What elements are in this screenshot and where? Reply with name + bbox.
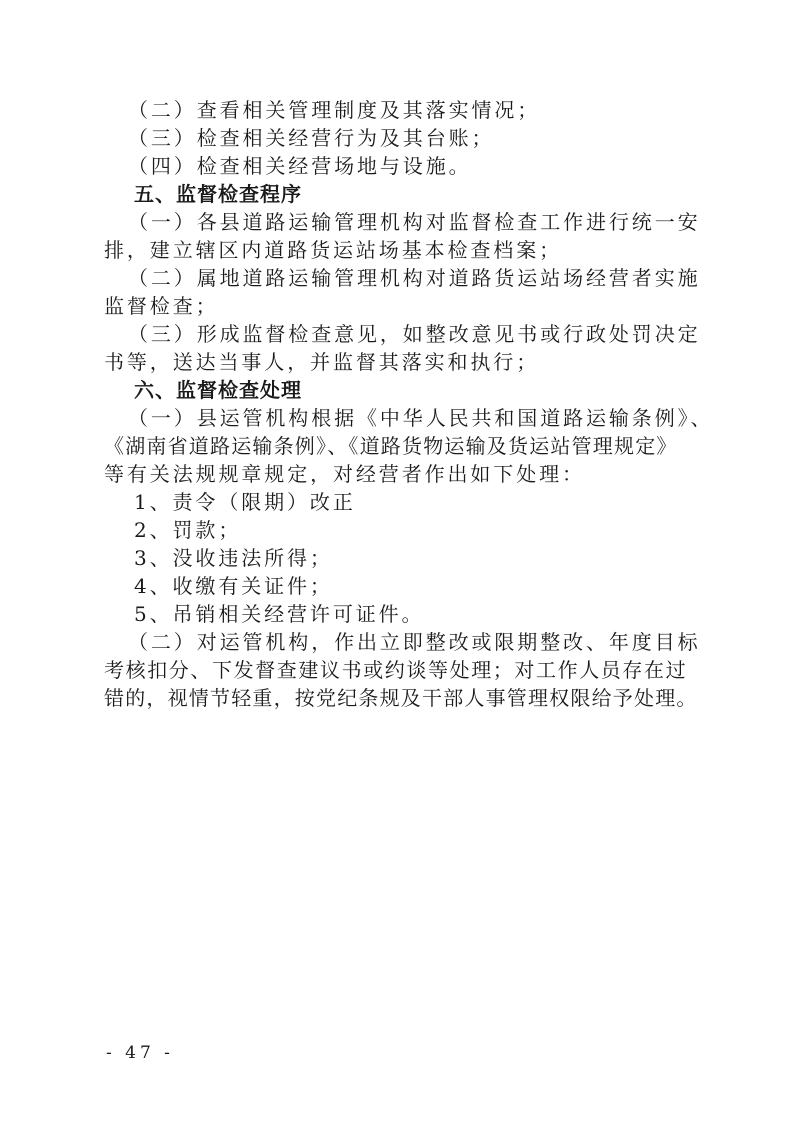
text-line: （四）检查相关经营场地与设施。 [128, 152, 472, 180]
text-line: （三）形成监督检查意见，如整改意见书或行政处罚决定 [128, 320, 701, 348]
text-line: （一）各县道路运输管理机构对监督检查工作进行统一安 [128, 208, 701, 236]
section-heading: 六、监督检查处理 [134, 376, 302, 404]
text-line: 等有关法规规章规定，对经营者作出如下处理： [104, 460, 585, 488]
text-line: 考核扣分、下发督查建议书或约谈等处理；对工作人员存在过 [104, 656, 687, 684]
list-item: 4、收缴有关证件； [134, 572, 333, 600]
list-item: 2、罚款； [134, 516, 241, 544]
list-item: 3、没收违法所得； [134, 544, 333, 572]
list-item: 1、责令（限期）改正 [134, 488, 356, 516]
text-line: 排，建立辖区内道路货运站场基本检查档案； [104, 236, 562, 264]
text-line: （一）县运管机构根据《中华人民共和国道路运输条例》、 [128, 404, 713, 432]
list-item: 5、吊销相关经营许可证件。 [134, 600, 424, 628]
text-line: （二）属地道路运输管理机构对道路货运站场经营者实施 [128, 264, 701, 292]
page-number: - 47 - [106, 1043, 174, 1063]
text-line: （二）对运管机构，作出立即整改或限期整改、年度目标 [128, 628, 701, 656]
text-line: 错的，视情节轻重，按党纪条规及干部人事管理权限给予处理。 [104, 684, 698, 712]
text-line: 监督检查； [104, 292, 219, 320]
text-line: 《湖南省道路运输条例》、《道路货物运输及货运站管理规定》 [104, 432, 678, 460]
section-heading: 五、监督检查程序 [134, 180, 302, 208]
text-line: （二）查看相关管理制度及其落实情况； [128, 96, 540, 124]
text-line: 书等，送达当事人，并监督其落实和执行； [104, 348, 539, 376]
document-page: （二）查看相关管理制度及其落实情况； （三）检查相关经营行为及其台账； （四）检… [0, 0, 793, 1122]
text-line: （三）检查相关经营行为及其台账； [128, 124, 494, 152]
